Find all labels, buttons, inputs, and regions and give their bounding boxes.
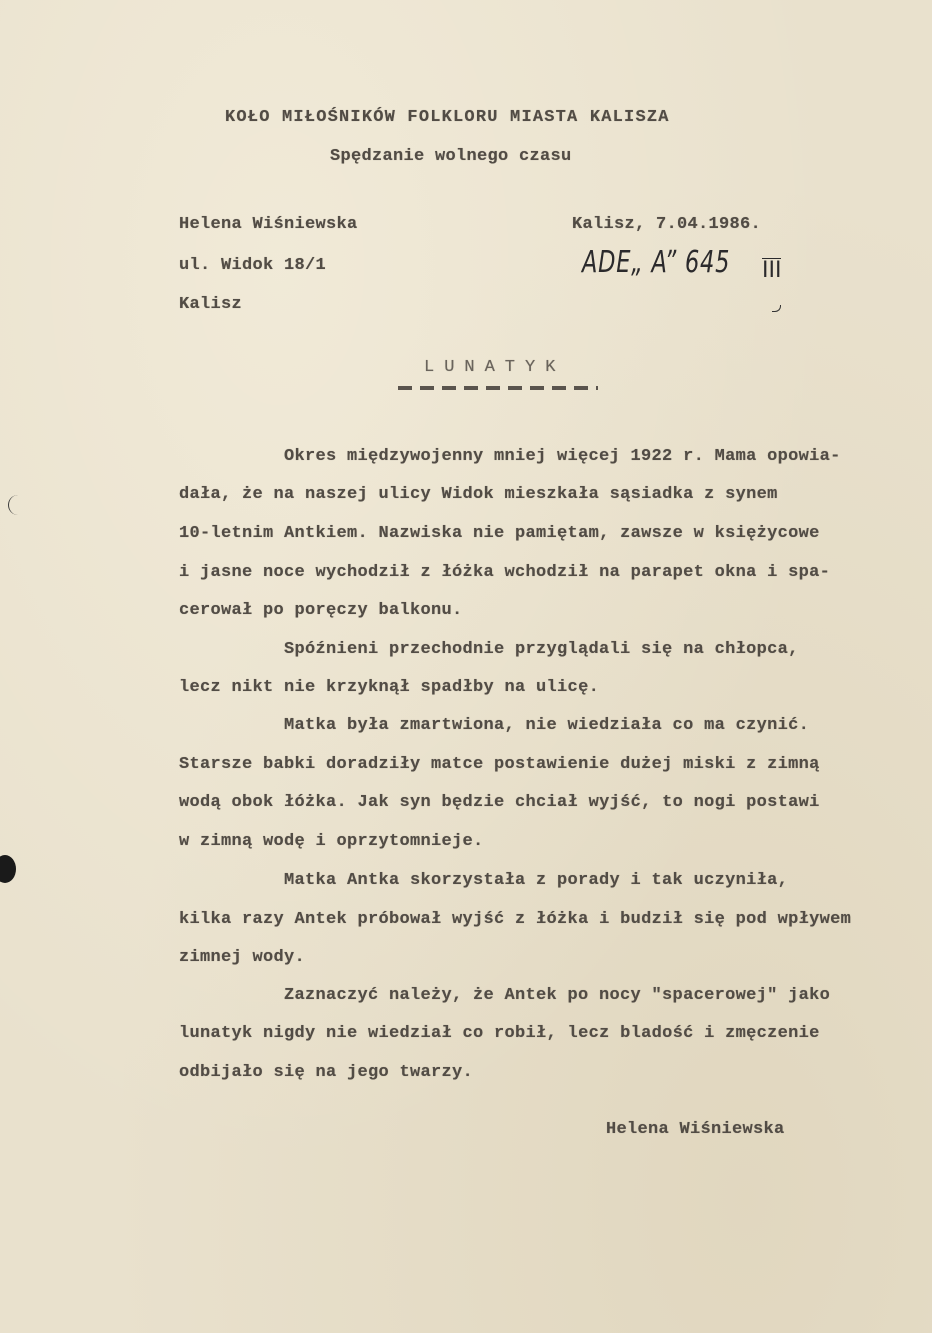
archive-annotation-fraction: III bbox=[762, 258, 781, 281]
story-title: LUNATYK bbox=[424, 358, 565, 377]
body-line: zimnej wody. bbox=[179, 948, 305, 967]
body-line: lecz nikt nie krzyknął spadłby na ulicę. bbox=[179, 678, 599, 697]
body-line: i jasne noce wychodził z łóżka wchodził … bbox=[179, 563, 830, 582]
title-underline bbox=[398, 386, 598, 390]
body-line: 10-letnim Antkiem. Nazwiska nie pamiętam… bbox=[179, 524, 820, 543]
body-line: cerował po poręczy balkonu. bbox=[179, 601, 463, 620]
sender-name: Helena Wiśniewska bbox=[179, 215, 358, 234]
organization-header: KOŁO MIŁOŚNIKÓW FOLKLORU MIASTA KALISZA bbox=[225, 108, 670, 127]
body-line: Okres międzywojenny mniej więcej 1922 r.… bbox=[284, 447, 841, 466]
body-line: Zaznaczyć należy, że Antek po nocy "spac… bbox=[284, 986, 830, 1005]
document-subtitle: Spędzanie wolnego czasu bbox=[330, 147, 572, 166]
body-line: w zimną wodę i oprzytomnieje. bbox=[179, 832, 484, 851]
body-line: dała, że na naszej ulicy Widok mieszkała… bbox=[179, 485, 778, 504]
margin-mark-icon bbox=[8, 495, 19, 515]
body-line: Starsze babki doradziły matce postawieni… bbox=[179, 755, 820, 774]
place-date: Kalisz, 7.04.1986. bbox=[572, 215, 761, 234]
pencil-mark-icon bbox=[772, 305, 781, 312]
body-line: Matka Antka skorzystała z porady i tak u… bbox=[284, 871, 788, 890]
archive-annotation: ADE„ A” 645 bbox=[582, 245, 730, 280]
body-line: Matka była zmartwiona, nie wiedziała co … bbox=[284, 716, 809, 735]
body-line: kilka razy Antek próbował wyjść z łóżka … bbox=[179, 910, 851, 929]
document-page: KOŁO MIŁOŚNIKÓW FOLKLORU MIASTA KALISZA … bbox=[0, 0, 932, 1333]
body-line: lunatyk nigdy nie wiedział co robił, lec… bbox=[179, 1024, 820, 1043]
sender-city: Kalisz bbox=[179, 295, 242, 314]
body-line: odbijało się na jego twarzy. bbox=[179, 1063, 473, 1082]
punch-hole-icon bbox=[0, 855, 16, 883]
body-line: wodą obok łóżka. Jak syn będzie chciał w… bbox=[179, 793, 820, 812]
signature: Helena Wiśniewska bbox=[606, 1120, 785, 1139]
body-line: Spóźnieni przechodnie przyglądali się na… bbox=[284, 640, 799, 659]
sender-street: ul. Widok 18/1 bbox=[179, 256, 326, 275]
